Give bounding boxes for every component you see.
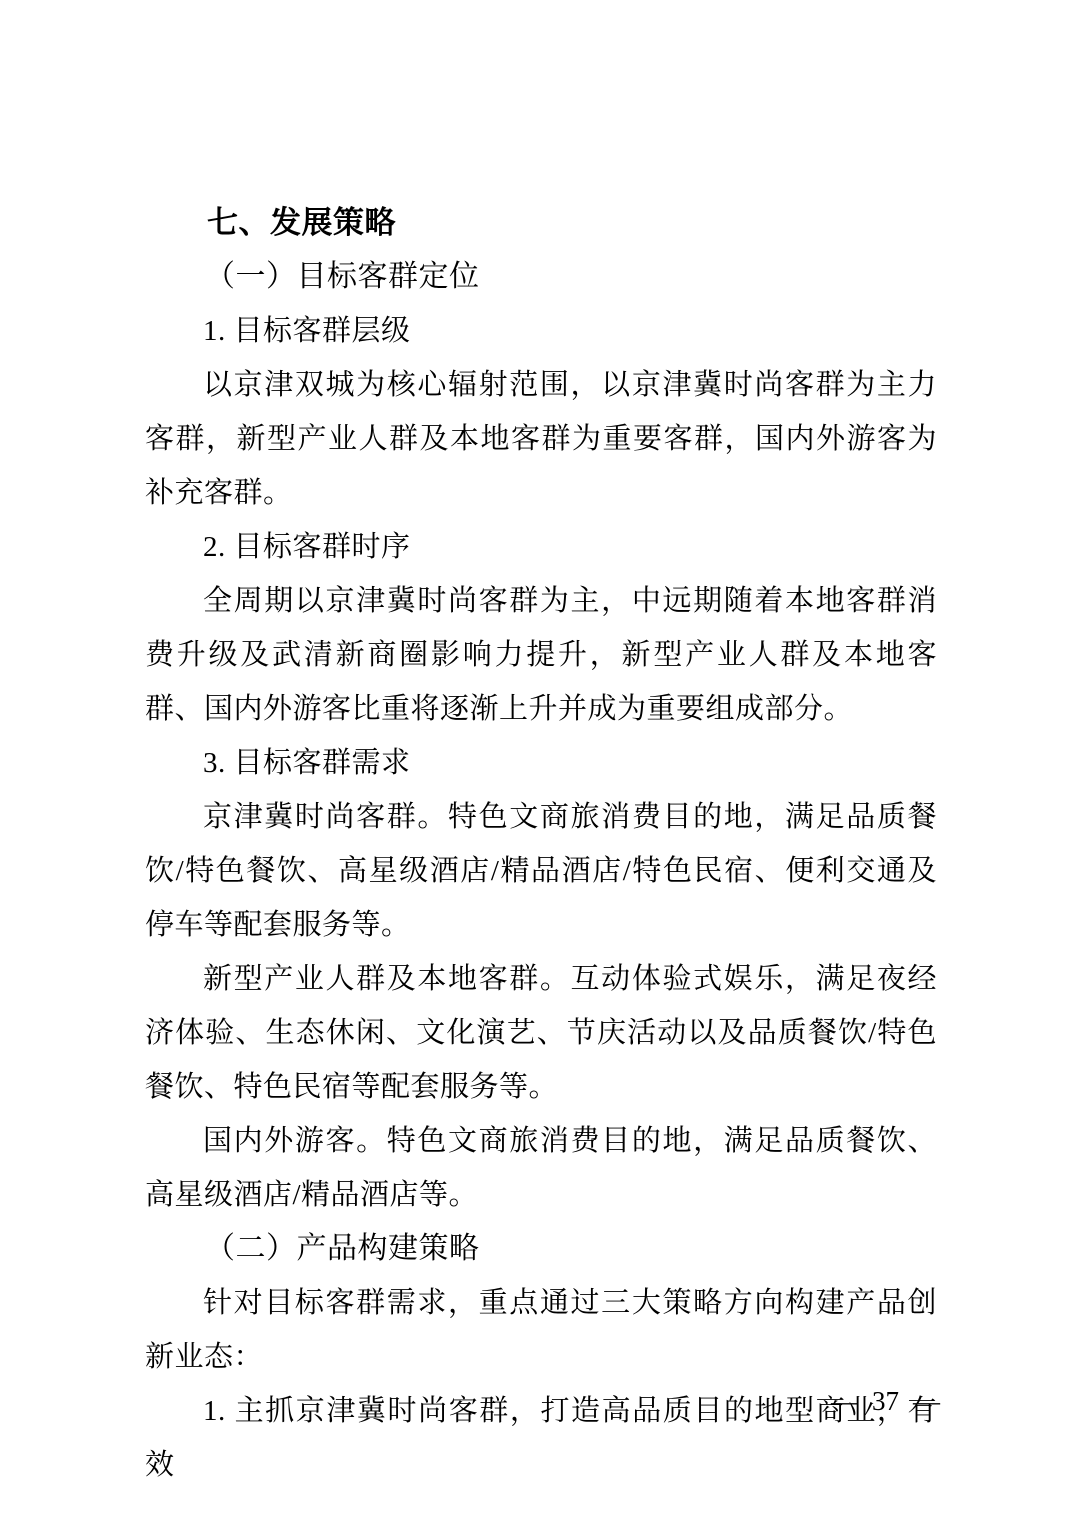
- numbered-item-2: 2. 目标客群时序: [145, 520, 937, 574]
- body-paragraph: 以京津双城为核心辐射范围，以京津冀时尚客群为主力客群，新型产业人群及本地客群为重…: [145, 358, 937, 520]
- body-paragraph: 国内外游客。特色文商旅消费目的地，满足品质餐饮、高星级酒店/精品酒店等。: [145, 1114, 937, 1222]
- body-paragraph: 全周期以京津冀时尚客群为主，中远期随着本地客群消费升级及武清新商圈影响力提升，新…: [145, 574, 937, 736]
- body-paragraph: 针对目标客群需求，重点通过三大策略方向构建产品创新业态：: [145, 1276, 937, 1384]
- body-paragraph: 新型产业人群及本地客群。互动体验式娱乐，满足夜经济体验、生态休闲、文化演艺、节庆…: [145, 952, 937, 1114]
- section-heading: 七、发展策略: [145, 196, 937, 250]
- page-number-right-dash: —: [913, 1386, 940, 1416]
- subsection-heading-1: （一）目标客群定位: [145, 250, 937, 304]
- numbered-item-3: 3. 目标客群需求: [145, 736, 937, 790]
- body-paragraph: 京津冀时尚客群。特色文商旅消费目的地，满足品质餐饮/特色餐饮、高星级酒店/精品酒…: [145, 790, 937, 952]
- numbered-item-1: 1. 目标客群层级: [145, 304, 937, 358]
- document-page: 七、发展策略 （一）目标客群定位 1. 目标客群层级 以京津双城为核心辐射范围，…: [0, 0, 1074, 1520]
- subsection-heading-2: （二）产品构建策略: [145, 1222, 937, 1276]
- body-paragraph-truncated: 1. 主抓京津冀时尚客群，打造高品质目的地型商业，有效: [145, 1384, 937, 1492]
- document-body: 七、发展策略 （一）目标客群定位 1. 目标客群层级 以京津双城为核心辐射范围，…: [145, 196, 937, 1492]
- page-number: — 37 —: [831, 1386, 940, 1416]
- page-number-left-dash: —: [831, 1386, 858, 1416]
- page-number-value: 37: [872, 1386, 899, 1416]
